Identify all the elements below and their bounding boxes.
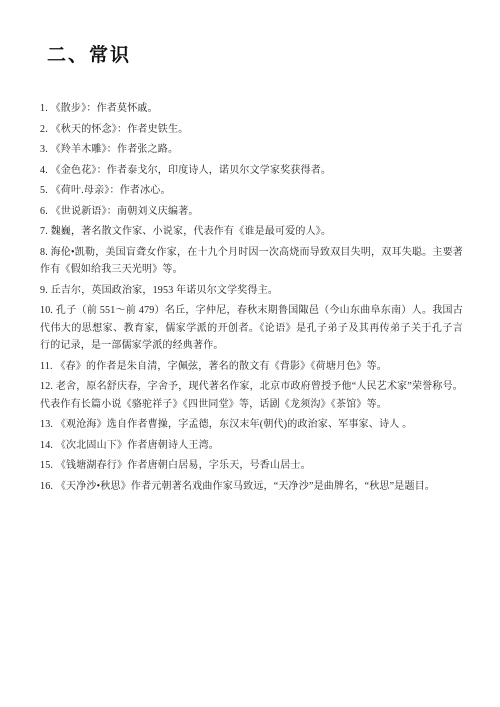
list-item: 11. 《春》的作者是朱自清，字佩弦，著名的散文有《背影》《荷塘月色》等。 (40, 358, 463, 376)
item-number: 2. (40, 124, 48, 135)
list-item: 5. 《荷叶.母亲》：作者冰心。 (40, 182, 463, 200)
knowledge-list: 1. 《散步》：作者莫怀戚。 2. 《秋天的怀念》：作者史铁生。 3. 《羚羊木… (40, 100, 463, 498)
item-number: 9. (40, 285, 48, 296)
list-item: 1. 《散步》：作者莫怀戚。 (40, 100, 463, 118)
item-text: 《观沧海》选自作者曹操，字孟德，东汉末年(朝代)的政治家、军事家、诗人 。 (56, 419, 413, 430)
document-page: 二、常识 1. 《散步》：作者莫怀戚。 2. 《秋天的怀念》：作者史铁生。 3.… (0, 0, 500, 707)
item-text: 《散步》：作者莫怀戚。 (51, 103, 158, 114)
list-item: 2. 《秋天的怀念》：作者史铁生。 (40, 121, 463, 139)
list-item: 4. 《金色花》：作者泰戈尔，印度诗人，诺贝尔文学家奖获得者。 (40, 162, 463, 180)
page-title: 二、常识 (47, 44, 131, 68)
item-number: 7. (40, 226, 48, 237)
item-number: 8. (40, 247, 48, 258)
item-text: 丘吉尔，英国政治家，1953 年诺贝尔文学奖得主。 (51, 285, 279, 296)
item-number: 10. (40, 305, 53, 316)
list-item: 14. 《次北固山下》作者唐朝诗人王湾。 (40, 437, 463, 455)
item-text: 《金色花》：作者泰戈尔，印度诗人，诺贝尔文学家奖获得者。 (51, 165, 332, 176)
item-text: 《羚羊木雕》：作者张之路。 (51, 144, 179, 155)
item-text: 《天净沙•秋思》作者元朝著名戏曲作家马致远，“天净沙”是曲牌名，“秋思”是题目。 (56, 481, 435, 492)
item-number: 11. (40, 361, 53, 372)
list-item: 13. 《观沧海》选自作者曹操，字孟德，东汉末年(朝代)的政治家、军事家、诗人 … (40, 416, 463, 434)
item-number: 6. (40, 206, 48, 217)
item-number: 1. (40, 103, 48, 114)
item-text: 《秋天的怀念》：作者史铁生。 (51, 124, 189, 135)
item-number: 5. (40, 185, 48, 196)
list-item: 3. 《羚羊木雕》：作者张之路。 (40, 141, 463, 159)
list-item: 10. 孔子（前 551～前 479）名丘，字仲尼，春秋末期鲁国陬邑（今山东曲阜… (40, 302, 463, 355)
list-item: 12. 老舍，原名舒庆春，字舍予，现代著名作家，北京市政府曾授予他“人民艺术家”… (40, 378, 463, 413)
item-number: 16. (40, 481, 53, 492)
item-number: 4. (40, 165, 48, 176)
item-number: 3. (40, 144, 48, 155)
list-item: 9. 丘吉尔，英国政治家，1953 年诺贝尔文学奖得主。 (40, 282, 463, 300)
item-number: 12. (40, 381, 53, 392)
item-number: 15. (40, 460, 53, 471)
item-text: 《钱塘湖春行》作者唐朝白居易，字乐天，号香山居士。 (56, 460, 311, 471)
item-number: 14. (40, 440, 53, 451)
list-item: 8. 海伦•凯勒，美国盲聋女作家，在十九个月时因一次高烧而导致双目失明，双耳失聪… (40, 244, 463, 279)
item-text: 《世说新语》：南朝刘义庆编著。 (51, 206, 199, 217)
list-item: 15. 《钱塘湖春行》作者唐朝白居易，字乐天，号香山居士。 (40, 457, 463, 475)
item-text: 老舍，原名舒庆春，字舍予，现代著名作家，北京市政府曾授予他“人民艺术家”荣誉称号… (40, 381, 463, 410)
item-number: 13. (40, 419, 53, 430)
list-item: 16. 《天净沙•秋思》作者元朝著名戏曲作家马致远，“天净沙”是曲牌名，“秋思”… (40, 478, 463, 496)
item-text: 魏巍，著名散文作家、小说家，代表作有《谁是最可爱的人》。 (51, 226, 332, 237)
list-item: 7. 魏巍，著名散文作家、小说家，代表作有《谁是最可爱的人》。 (40, 223, 463, 241)
item-text: 海伦•凯勒，美国盲聋女作家，在十九个月时因一次高烧而导致双目失明，双耳失聪。主要… (40, 247, 463, 276)
item-text: 《春》的作者是朱自清，字佩弦，著名的散文有《背影》《荷塘月色》等。 (55, 361, 387, 372)
item-text: 《次北固山下》作者唐朝诗人王湾。 (56, 440, 219, 451)
item-text: 《荷叶.母亲》：作者冰心。 (51, 185, 171, 196)
list-item: 6. 《世说新语》：南朝刘义庆编著。 (40, 203, 463, 221)
item-text: 孔子（前 551～前 479）名丘，字仲尼，春秋末期鲁国陬邑（今山东曲阜东南）人… (40, 305, 463, 351)
